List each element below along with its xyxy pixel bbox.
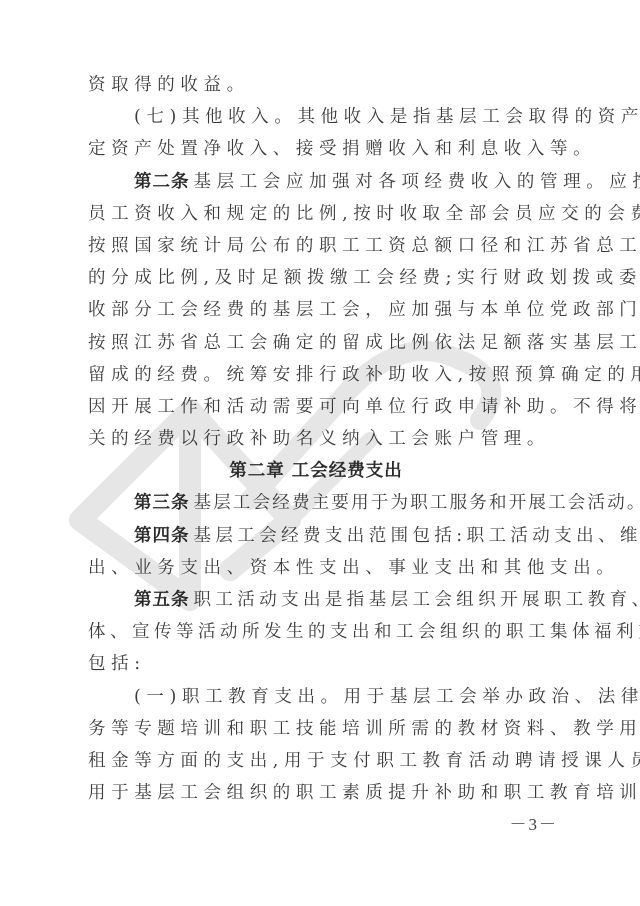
article-label: 第四条 bbox=[134, 526, 190, 546]
paragraph-line: 用于基层工会组织的职工素质提升补助和职工教育培训优秀学 bbox=[88, 777, 554, 809]
paragraph-line: 务等专题培训和职工技能培训所需的教材资料、教学用品、场地 bbox=[88, 713, 554, 745]
paragraph-line: 出、业务支出、资本性支出、事业支出和其他支出。 bbox=[88, 552, 554, 584]
document-page: 资取得的收益。 (七)其他收入。其他收入是指基层工会取得的资产盘盈、固 定资产处… bbox=[0, 0, 640, 906]
paragraph-line: (一)职工教育支出。用于基层工会举办政治、法律、科技、业 bbox=[88, 681, 554, 713]
article-line: 第四条基层工会经费支出范围包括:职工活动支出、维权支 bbox=[88, 520, 554, 552]
paragraph-line: (七)其他收入。其他收入是指基层工会取得的资产盘盈、固 bbox=[88, 101, 554, 133]
paragraph-line: 体、宣传等活动所发生的支出和工会组织的职工集体福利支出。 bbox=[88, 616, 554, 648]
paragraph-line: 收部分工会经费的基层工会，应加强与本单位党政部门的沟通, bbox=[88, 294, 554, 326]
paragraph-line: 按照国家统计局公布的职工工资总额口径和江苏省总工会规定 bbox=[88, 230, 554, 262]
paragraph-line: 关的经费以行政补助名义纳入工会账户管理。 bbox=[88, 423, 554, 455]
paragraph-line: 包括: bbox=[88, 648, 554, 680]
paragraph-line: 资取得的收益。 bbox=[88, 69, 554, 101]
paragraph-line: 留成的经费。统筹安排行政补助收入,按照预算确定的用途开支, bbox=[88, 359, 554, 391]
article-line: 第二条基层工会应加强对各项经费收入的管理。应按照会 bbox=[88, 166, 554, 198]
paragraph-line: 员工资收入和规定的比例,按时收取全部会员应交的会费。严格 bbox=[88, 198, 554, 230]
paragraph-line: 因开展工作和活动需要可向单位行政申请补助。不得将与工会无 bbox=[88, 391, 554, 423]
paragraph-line: 按照江苏省总工会确定的留成比例依法足额落实基层工会应当 bbox=[88, 327, 554, 359]
paragraph-line: 的分成比例,及时足额拨缴工会经费;实行财政划拨或委托税务代 bbox=[88, 262, 554, 294]
document-body: 资取得的收益。 (七)其他收入。其他收入是指基层工会取得的资产盘盈、固 定资产处… bbox=[88, 69, 554, 809]
article-label: 第三条 bbox=[134, 493, 190, 513]
page-number: －3－ bbox=[506, 810, 558, 835]
article-label: 第二条 bbox=[134, 172, 190, 192]
article-line: 第五条职工活动支出是指基层工会组织开展职工教育、文 bbox=[88, 584, 554, 616]
chapter-heading: 第二章 工会经费支出 bbox=[88, 455, 554, 487]
paragraph-line: 定资产处置净收入、接受捐赠收入和利息收入等。 bbox=[88, 133, 554, 165]
article-label: 第五条 bbox=[134, 590, 190, 610]
paragraph-line: 租金等方面的支出,用于支付职工教育活动聘请授课人员的酬金, bbox=[88, 745, 554, 777]
article-line: 第三条基层工会经费主要用于为职工服务和开展工会活动。 bbox=[88, 487, 554, 519]
